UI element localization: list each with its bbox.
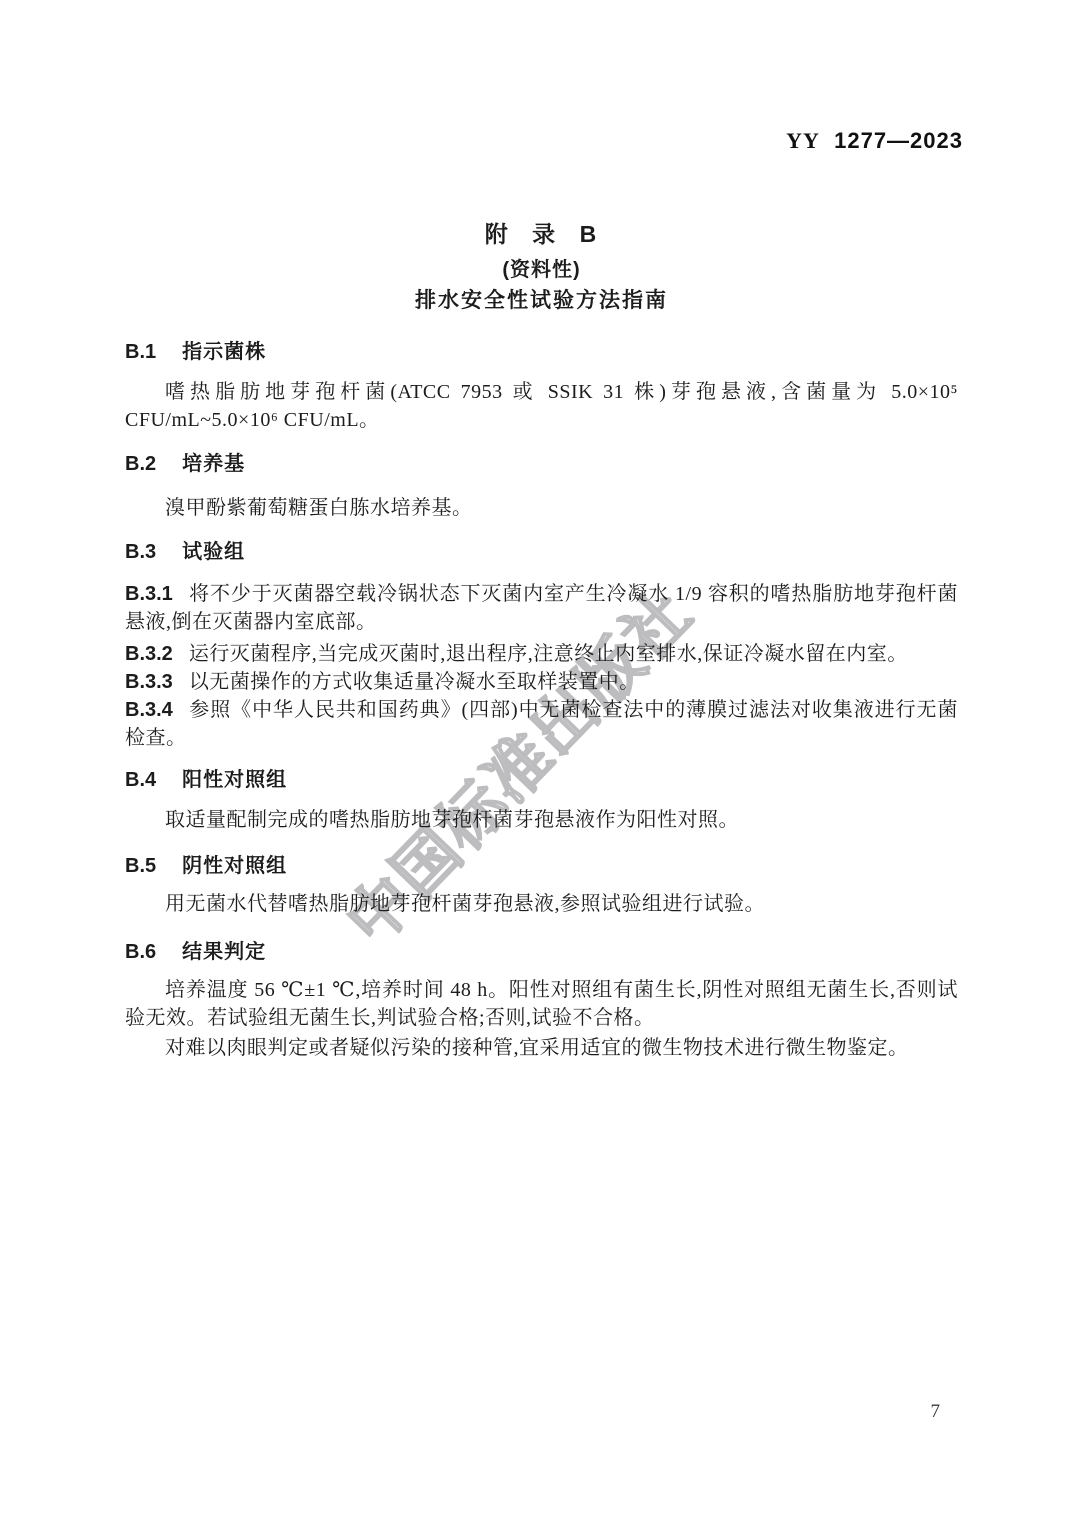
section-b6-title: 结果判定 [182,941,266,963]
clause-b31-number: B.3.1 [125,583,173,605]
appendix-classification: (资料性) [125,256,958,284]
section-b2-paragraph: 溴甲酚紫葡萄糖蛋白胨水培养基。 [125,494,958,522]
clause-b33-text: 以无菌操作的方式收集适量冷凝水至取样装置中。 [189,671,640,693]
section-b1-paragraph: 嗜热脂肪地芽孢杆菌(ATCC 7953 或 SSIK 31 株)芽孢悬液,含菌量… [125,378,958,434]
section-b4-paragraph: 取适量配制完成的嗜热脂肪地芽孢杆菌芽孢悬液作为阳性对照。 [125,806,958,834]
clause-b31: B.3.1将不少于灭菌器空载冷锅状态下灭菌内室产生冷凝水 1/9 容积的嗜热脂肪… [125,580,958,636]
appendix-title: 附 录 B [125,218,958,250]
section-b5-heading: B.5阴性对照组 [125,852,958,880]
clause-b31-text: 将不少于灭菌器空载冷锅状态下灭菌内室产生冷凝水 1/9 容积的嗜热脂肪地芽孢杆菌… [125,583,958,633]
section-b3-heading: B.3试验组 [125,538,958,566]
section-b1-number: B.1 [125,341,156,363]
section-b3-title: 试验组 [182,541,245,563]
document-page: YY 1277—2023 中国标准出版社 附 录 B (资料性) 排水安全性试验… [0,0,1080,1527]
section-b6-paragraph-2: 对难以肉眼判定或者疑似污染的接种管,宜采用适宜的微生物技术进行微生物鉴定。 [125,1034,958,1062]
appendix-subject: 排水安全性试验方法指南 [125,286,958,316]
section-b6-number: B.6 [125,941,156,963]
clause-b34-text: 参照《中华人民共和国药典》(四部)中无菌检查法中的薄膜过滤法对收集液进行无菌检查… [125,699,958,749]
section-b2-heading: B.2培养基 [125,450,958,478]
clause-b32-text: 运行灭菌程序,当完成灭菌时,退出程序,注意终止内室排水,保证冷凝水留在内室。 [189,643,908,665]
section-b4-title: 阳性对照组 [182,769,287,791]
section-b5-number: B.5 [125,855,156,877]
clause-b33: B.3.3以无菌操作的方式收集适量冷凝水至取样装置中。 [125,668,958,696]
clause-b34-number: B.3.4 [125,699,173,721]
clause-b33-number: B.3.3 [125,671,173,693]
page-number: 7 [931,1400,941,1424]
clause-b32-number: B.3.2 [125,643,173,665]
section-b5-paragraph: 用无菌水代替嗜热脂肪地芽孢杆菌芽孢悬液,参照试验组进行试验。 [125,890,958,918]
section-b3-number: B.3 [125,541,156,563]
clause-b34: B.3.4参照《中华人民共和国药典》(四部)中无菌检查法中的薄膜过滤法对收集液进… [125,696,958,752]
section-b6-heading: B.6结果判定 [125,938,958,966]
section-b1-heading: B.1指示菌株 [125,338,958,366]
section-b2-title: 培养基 [182,453,245,475]
section-b1-title: 指示菌株 [182,341,266,363]
section-b4-number: B.4 [125,769,156,791]
section-b5-title: 阴性对照组 [182,855,287,877]
section-b2-number: B.2 [125,453,156,475]
section-b4-heading: B.4阳性对照组 [125,766,958,794]
page-content: 附 录 B (资料性) 排水安全性试验方法指南 B.1指示菌株 嗜热脂肪地芽孢杆… [125,0,958,1062]
clause-b32: B.3.2运行灭菌程序,当完成灭菌时,退出程序,注意终止内室排水,保证冷凝水留在… [125,640,958,668]
section-b6-paragraph-1: 培养温度 56 ℃±1 ℃,培养时间 48 h。阳性对照组有菌生长,阴性对照组无… [125,976,958,1032]
